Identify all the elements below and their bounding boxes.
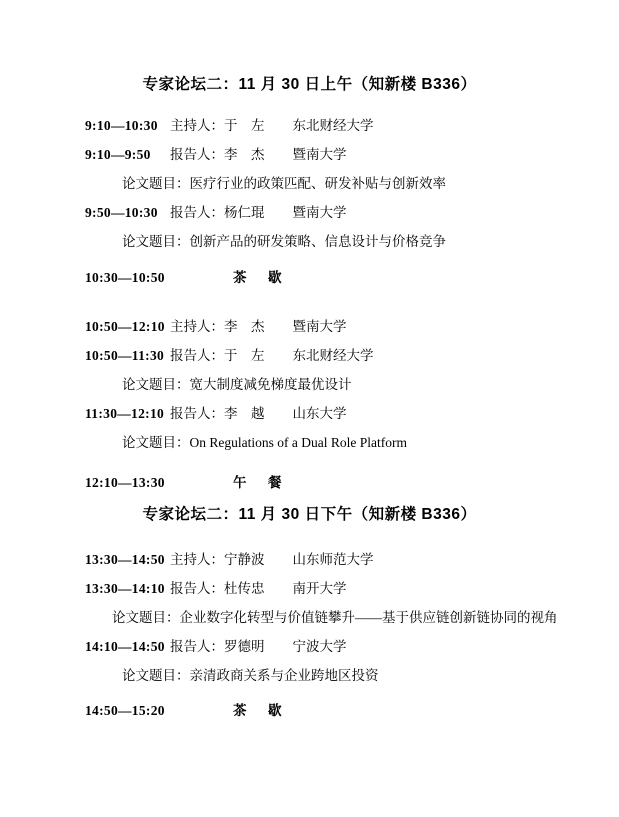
break-label: 茶 歇 xyxy=(233,702,286,719)
role-label: 主持人： xyxy=(170,319,224,334)
schedule-row: 11:30—12:10报告人：李 越山东大学 xyxy=(0,405,619,422)
paper-title-row: 论文题目：亲清政商关系与企业跨地区投资 xyxy=(0,667,619,684)
time-range: 10:50—12:10 xyxy=(85,318,165,335)
session-title: 专家论坛二：11 月 30 日上午（知新楼 B336） xyxy=(0,75,619,95)
person-content: 报告人：李 越山东大学 xyxy=(170,405,347,422)
person-name: 于 左 xyxy=(224,348,265,363)
person-name: 宁静波 xyxy=(224,552,265,567)
time-range: 13:30—14:50 xyxy=(85,551,165,568)
schedule-row: 13:30—14:10报告人：杜传忠南开大学 xyxy=(0,580,619,597)
time-range: 11:30—12:10 xyxy=(85,405,164,422)
affiliation: 东北财经大学 xyxy=(293,118,374,133)
schedule-row: 14:10—14:50报告人：罗德明宁波大学 xyxy=(0,638,619,655)
time-range: 10:30—10:50 xyxy=(85,269,165,286)
person-content: 主持人：宁静波山东师范大学 xyxy=(170,551,374,568)
person-content: 报告人：杨仁琨暨南大学 xyxy=(170,204,347,221)
affiliation: 暨南大学 xyxy=(293,147,347,162)
affiliation: 南开大学 xyxy=(293,581,347,596)
break-row: 14:50—15:20茶 歇 xyxy=(0,702,619,719)
schedule-row: 9:10—9:50报告人：李 杰暨南大学 xyxy=(0,146,619,163)
role-label: 报告人： xyxy=(170,406,224,421)
document-page: 专家论坛二：11 月 30 日上午（知新楼 B336）9:10—10:30主持人… xyxy=(0,0,619,817)
paper-title-label: 论文题目： xyxy=(112,610,180,625)
schedule-row: 9:10—10:30主持人：于 左东北财经大学 xyxy=(0,117,619,134)
time-range: 14:10—14:50 xyxy=(85,638,165,655)
break-row: 12:10—13:30午 餐 xyxy=(0,474,619,491)
affiliation: 暨南大学 xyxy=(293,319,347,334)
affiliation: 山东师范大学 xyxy=(293,552,374,567)
time-range: 13:30—14:10 xyxy=(85,580,165,597)
role-label: 报告人： xyxy=(170,205,224,220)
schedule-row: 9:50—10:30报告人：杨仁琨暨南大学 xyxy=(0,204,619,221)
person-name: 罗德明 xyxy=(224,639,265,654)
paper-content: 论文题目：企业数字化转型与价值链攀升——基于供应链创新链协同的视角 xyxy=(112,609,558,626)
person-name: 李 杰 xyxy=(224,319,265,334)
paper-content: 论文题目：On Regulations of a Dual Role Platf… xyxy=(122,434,407,451)
paper-title: 企业数字化转型与价值链攀升——基于供应链创新链协同的视角 xyxy=(180,610,558,625)
person-name: 李 杰 xyxy=(224,147,265,162)
person-content: 报告人：李 杰暨南大学 xyxy=(170,146,347,163)
paper-content: 论文题目：创新产品的研发策略、信息设计与价格竞争 xyxy=(122,233,446,250)
person-name: 杨仁琨 xyxy=(224,205,265,220)
person-content: 报告人：罗德明宁波大学 xyxy=(170,638,347,655)
paper-title-label: 论文题目： xyxy=(122,435,190,450)
time-range: 10:50—11:30 xyxy=(85,347,164,364)
paper-title: 宽大制度减免梯度最优设计 xyxy=(190,377,352,392)
paper-title-label: 论文题目： xyxy=(122,668,190,683)
role-label: 报告人： xyxy=(170,581,224,596)
person-name: 杜传忠 xyxy=(224,581,265,596)
paper-title-row: 论文题目：医疗行业的政策匹配、研发补贴与创新效率 xyxy=(0,175,619,192)
person-content: 主持人：李 杰暨南大学 xyxy=(170,318,347,335)
paper-content: 论文题目：亲清政商关系与企业跨地区投资 xyxy=(122,667,379,684)
time-range: 14:50—15:20 xyxy=(85,702,165,719)
paper-title-row: 论文题目：创新产品的研发策略、信息设计与价格竞争 xyxy=(0,233,619,250)
time-range: 9:10—10:30 xyxy=(85,117,158,134)
paper-title-row: 论文题目：On Regulations of a Dual Role Platf… xyxy=(0,434,619,451)
role-label: 报告人： xyxy=(170,639,224,654)
role-label: 主持人： xyxy=(170,118,224,133)
affiliation: 山东大学 xyxy=(293,406,347,421)
person-content: 主持人：于 左东北财经大学 xyxy=(170,117,374,134)
paper-title-label: 论文题目： xyxy=(122,377,190,392)
paper-title: On Regulations of a Dual Role Platform xyxy=(190,435,407,450)
role-label: 报告人： xyxy=(170,348,224,363)
paper-title: 医疗行业的政策匹配、研发补贴与创新效率 xyxy=(190,176,447,191)
person-content: 报告人：于 左东北财经大学 xyxy=(170,347,374,364)
paper-content: 论文题目：宽大制度减免梯度最优设计 xyxy=(122,376,352,393)
paper-title: 亲清政商关系与企业跨地区投资 xyxy=(190,668,379,683)
paper-title-row: 论文题目：企业数字化转型与价值链攀升——基于供应链创新链协同的视角 xyxy=(0,609,619,626)
time-range: 12:10—13:30 xyxy=(85,474,165,491)
paper-title-label: 论文题目： xyxy=(122,176,190,191)
paper-content: 论文题目：医疗行业的政策匹配、研发补贴与创新效率 xyxy=(122,175,446,192)
affiliation: 宁波大学 xyxy=(293,639,347,654)
paper-title-label: 论文题目： xyxy=(122,234,190,249)
affiliation: 东北财经大学 xyxy=(293,348,374,363)
person-name: 于 左 xyxy=(224,118,265,133)
break-row: 10:30—10:50茶 歇 xyxy=(0,269,619,286)
session-title: 专家论坛二：11 月 30 日下午（知新楼 B336） xyxy=(0,505,619,525)
person-name: 李 越 xyxy=(224,406,265,421)
time-range: 9:10—9:50 xyxy=(85,146,151,163)
schedule-row: 13:30—14:50主持人：宁静波山东师范大学 xyxy=(0,551,619,568)
affiliation: 暨南大学 xyxy=(293,205,347,220)
break-label: 茶 歇 xyxy=(233,269,286,286)
person-content: 报告人：杜传忠南开大学 xyxy=(170,580,347,597)
paper-title-row: 论文题目：宽大制度减免梯度最优设计 xyxy=(0,376,619,393)
schedule-row: 10:50—11:30报告人：于 左东北财经大学 xyxy=(0,347,619,364)
schedule-row: 10:50—12:10主持人：李 杰暨南大学 xyxy=(0,318,619,335)
time-range: 9:50—10:30 xyxy=(85,204,158,221)
role-label: 报告人： xyxy=(170,147,224,162)
paper-title: 创新产品的研发策略、信息设计与价格竞争 xyxy=(190,234,447,249)
break-label: 午 餐 xyxy=(233,474,286,491)
role-label: 主持人： xyxy=(170,552,224,567)
